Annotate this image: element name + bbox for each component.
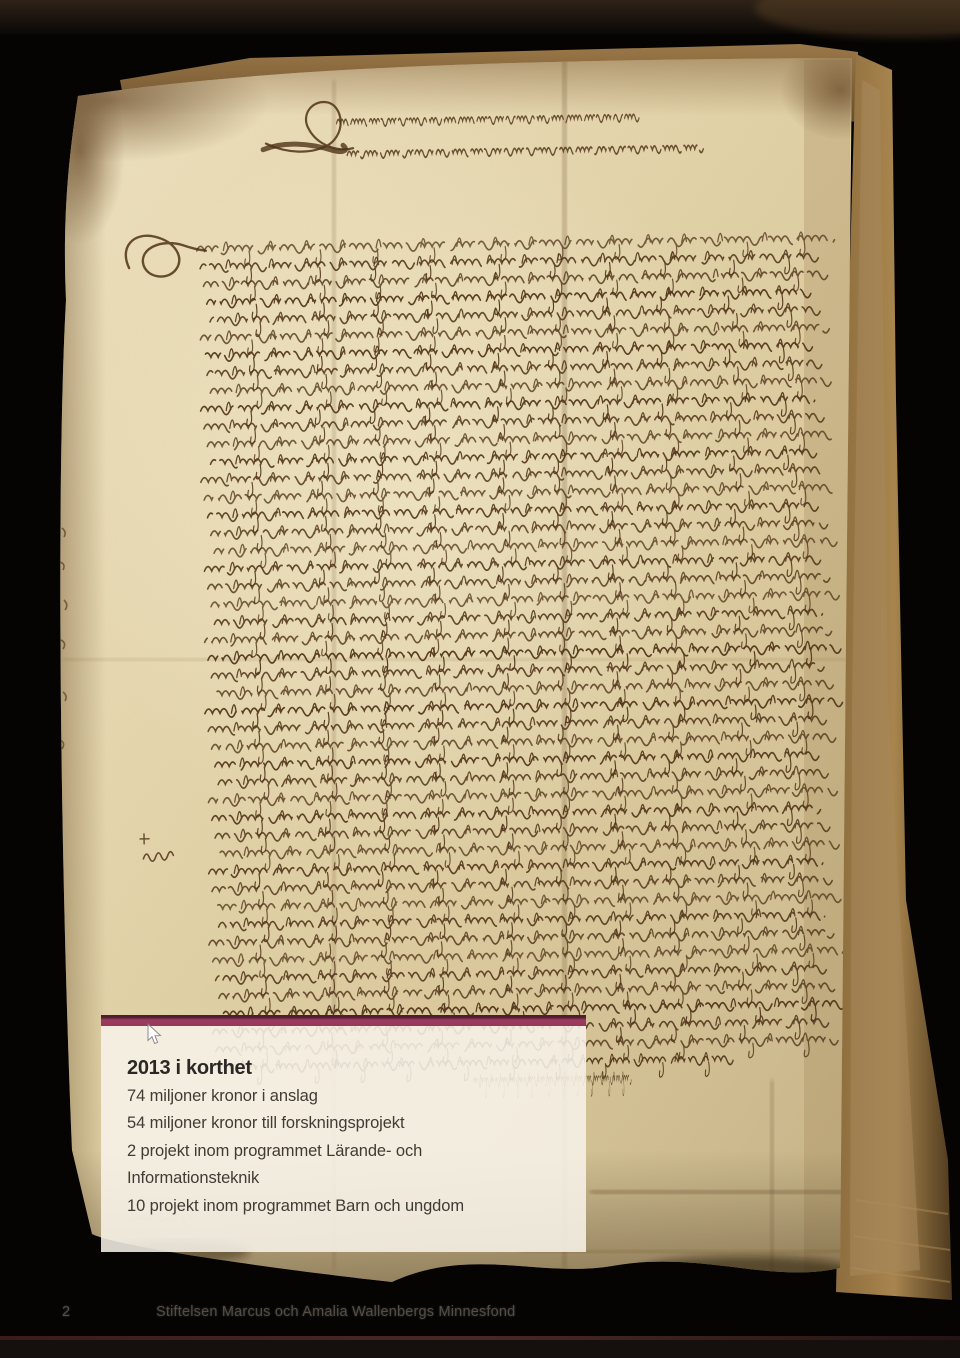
panel-accent-bar bbox=[101, 1015, 586, 1026]
panel-line: 10 projekt inom programmet Barn och ungd… bbox=[127, 1193, 560, 1220]
arrow-cursor-icon bbox=[147, 1023, 164, 1046]
panel-title: 2013 i korthet bbox=[127, 1026, 560, 1080]
panel-line: 54 miljoner kronor till forskningsprojek… bbox=[127, 1110, 560, 1137]
footer-text: Stiftelsen Marcus och Amalia Wallenbergs… bbox=[156, 1304, 515, 1320]
panel-lines: 74 miljoner kronor i anslag 54 miljoner … bbox=[127, 1083, 560, 1220]
panel-line: 2 projekt inom programmet Lärande- och bbox=[127, 1138, 560, 1165]
photo-bottom-strip bbox=[0, 1340, 960, 1358]
footer-page-number: 2 bbox=[62, 1304, 70, 1320]
report-page: 2013 i korthet 74 miljoner kronor i ansl… bbox=[0, 0, 960, 1358]
panel-line: 74 miljoner kronor i anslag bbox=[127, 1083, 560, 1110]
info-panel: 2013 i korthet 74 miljoner kronor i ansl… bbox=[101, 1015, 586, 1252]
panel-line: Informationsteknik bbox=[127, 1165, 560, 1192]
panel-body: 2013 i korthet 74 miljoner kronor i ansl… bbox=[101, 1026, 586, 1252]
photo-bottom-edge-line bbox=[0, 1336, 960, 1340]
